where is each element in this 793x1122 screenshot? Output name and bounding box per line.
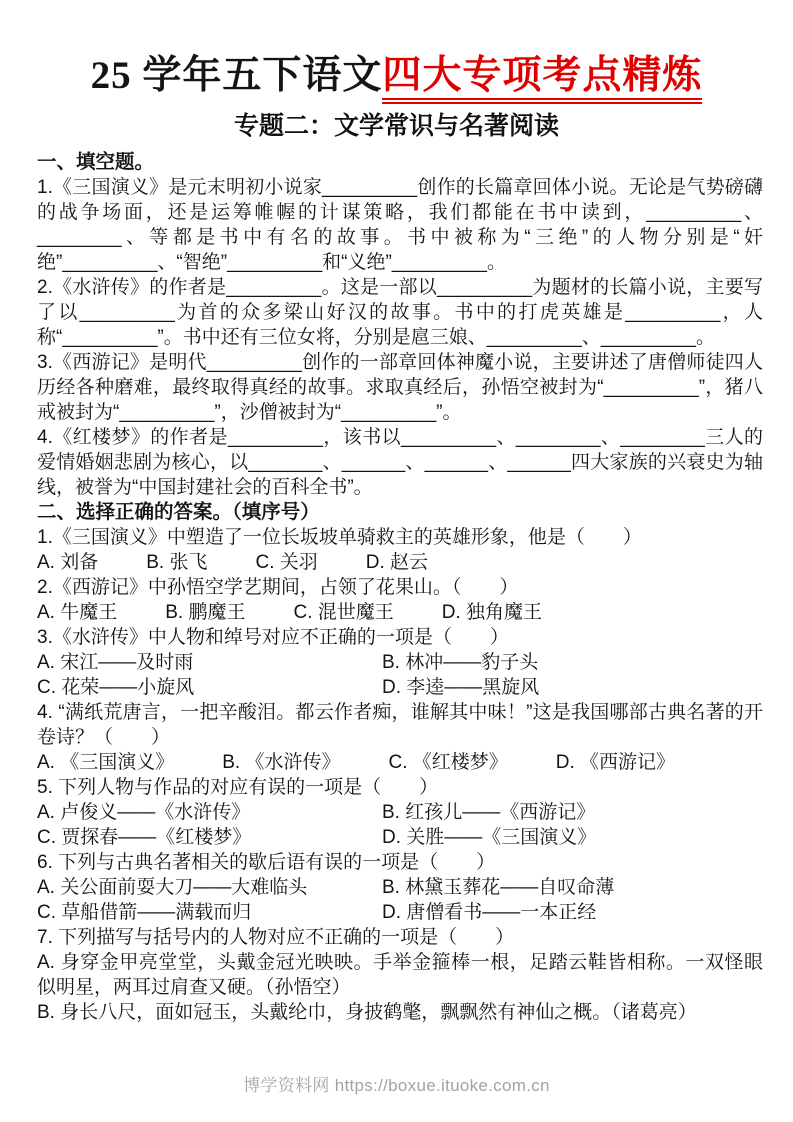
option: D. 李逵——黑旋风 xyxy=(382,675,539,700)
option: A. 宋江——及时雨 xyxy=(37,650,382,675)
option-row: C. 贾探春——《红楼梦》D. 关胜——《三国演义》 xyxy=(37,825,763,850)
option-row: C. 花荣——小旋风D. 李逵——黑旋风 xyxy=(37,675,763,700)
page-title-red: 四大专项考点精炼 xyxy=(382,54,702,104)
question-stem: 3.《水浒传》中人物和绰号对应不正确的一项是（ ） xyxy=(37,625,763,650)
option-row: A. 宋江——及时雨B. 林冲——豹子头 xyxy=(37,650,763,675)
option: C. 混世魔王 xyxy=(293,600,393,625)
question-stem: 6. 下列与古典名著相关的歇后语有误的一项是（ ） xyxy=(37,850,763,875)
option: A. 卢俊义——《水浒传》 xyxy=(37,800,382,825)
section-heading: 一、填空题。 xyxy=(37,150,763,175)
option: B. 张飞 xyxy=(146,550,207,575)
page-footer: 博学资料网 https://boxue.ituoke.com.cn xyxy=(0,1071,793,1096)
option: C. 草船借箭——满载而归 xyxy=(37,900,382,925)
option: D. 关胜——《三国演义》 xyxy=(382,825,596,850)
option: D. 赵云 xyxy=(366,550,428,575)
footer-site-link[interactable]: 博学资料网 https://boxue.ituoke.com.cn xyxy=(243,1076,550,1095)
option: B. 《水浒传》 xyxy=(222,750,340,775)
option: D. 《西游记》 xyxy=(556,750,675,775)
option: B. 林黛玉葬花——自叹命薄 xyxy=(382,875,614,900)
question-stem: 2.《水浒传》的作者是_________。这是一部以_________为题材的长… xyxy=(37,275,763,350)
question-stem: 2.《西游记》中孙悟空学艺期间，占领了花果山。（ ） xyxy=(37,575,763,600)
page-subtitle: 专题二：文学常识与名著阅读 xyxy=(0,100,793,142)
question-stem: 1.《三国演义》是元末明初小说家_________创作的长篇章回体小说。无论是气… xyxy=(37,175,763,275)
option-row: A. 关公面前耍大刀——大难临头B. 林黛玉葬花——自叹命薄 xyxy=(37,875,763,900)
question-stem: 4.《红楼梦》的作者是_________，该书以_________、______… xyxy=(37,425,763,500)
option: B. 鹏魔王 xyxy=(165,600,245,625)
option-row: A. 身穿金甲亮堂堂，头戴金冠光映映。手举金箍棒一根，足踏云鞋皆相称。一双怪眼似… xyxy=(37,950,763,1000)
page-title: 25 学年五下语文四大专项考点精炼 xyxy=(0,0,793,100)
worksheet-body: 一、填空题。1.《三国演义》是元末明初小说家_________创作的长篇章回体小… xyxy=(37,150,763,1025)
option-row: C. 草船借箭——满载而归D. 唐僧看书——一本正经 xyxy=(37,900,763,925)
option: A. 关公面前耍大刀——大难临头 xyxy=(37,875,382,900)
question-stem: 7. 下列描写与括号内的人物对应不正确的一项是（ ） xyxy=(37,925,763,950)
option: D. 独角魔王 xyxy=(442,600,542,625)
worksheet-page: 25 学年五下语文四大专项考点精炼 专题二：文学常识与名著阅读 一、填空题。1.… xyxy=(0,0,793,1122)
option: A. 牛魔王 xyxy=(37,600,117,625)
question-stem: 4. “满纸荒唐言，一把辛酸泪。都云作者痴，谁解其中味！”这是我国哪部古典名著的… xyxy=(37,700,763,750)
option-row: A. 《三国演义》B. 《水浒传》C. 《红楼梦》D. 《西游记》 xyxy=(37,750,763,775)
question-stem: 3.《西游记》是明代_________创作的一部章回体神魔小说，主要讲述了唐僧师… xyxy=(37,350,763,425)
page-title-black: 25 学年五下语文 xyxy=(91,54,383,97)
option: C. 关羽 xyxy=(255,550,317,575)
option: B. 红孩儿——《西游记》 xyxy=(382,800,595,825)
option: A. 刘备 xyxy=(37,550,98,575)
option: C. 贾探春——《红楼梦》 xyxy=(37,825,382,850)
option: A. 《三国演义》 xyxy=(37,750,174,775)
option: C. 花荣——小旋风 xyxy=(37,675,382,700)
question-stem: 1.《三国演义》中塑造了一位长坂坡单骑救主的英雄形象，他是（ ） xyxy=(37,525,763,550)
option-row: A. 卢俊义——《水浒传》B. 红孩儿——《西游记》 xyxy=(37,800,763,825)
option-row: A. 牛魔王B. 鹏魔王C. 混世魔王D. 独角魔王 xyxy=(37,600,763,625)
question-stem: 5. 下列人物与作品的对应有误的一项是（ ） xyxy=(37,775,763,800)
option: B. 林冲——豹子头 xyxy=(382,650,538,675)
option: C. 《红楼梦》 xyxy=(388,750,507,775)
option-row: A. 刘备B. 张飞C. 关羽D. 赵云 xyxy=(37,550,763,575)
option: D. 唐僧看书——一本正经 xyxy=(382,900,596,925)
option-row: B. 身长八尺，面如冠玉，头戴纶巾，身披鹤氅，飘飘然有神仙之概。（诸葛亮） xyxy=(37,1000,763,1025)
section-heading: 二、选择正确的答案。（填序号） xyxy=(37,500,763,525)
